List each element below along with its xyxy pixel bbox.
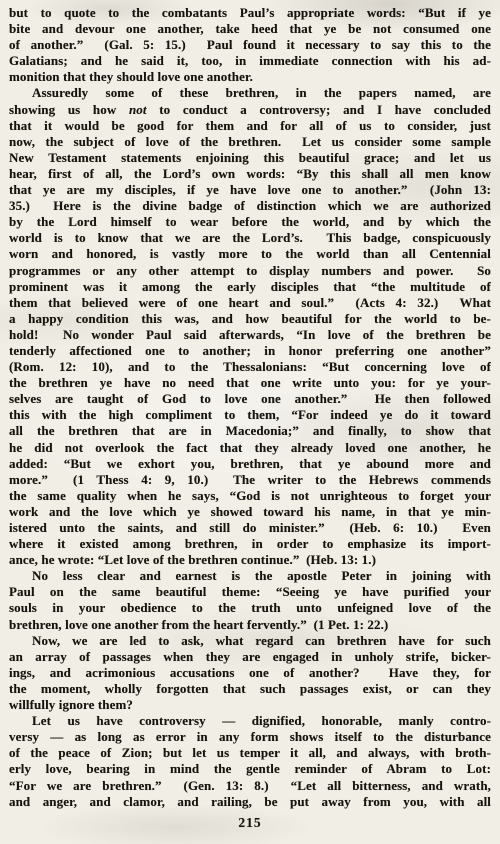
paragraph: but to quote to the combatants Paul’s ap… — [9, 5, 491, 85]
text-line: and anger, and clamor, and railing, be p… — [9, 794, 491, 810]
text-line: programmes or any other attempt to displ… — [9, 263, 491, 279]
text-line: ance, he wrote: “Let love of the brethre… — [9, 552, 491, 568]
text-line: the same quality when he says, “God is n… — [9, 488, 491, 504]
text-line: but to quote to the combatants Paul’s ap… — [9, 5, 491, 21]
text-line: No less clear and earnest is the apostle… — [9, 568, 491, 584]
text-line: an array of passages when they are engag… — [9, 649, 491, 665]
text-line: of the peace of Zion; but let us temper … — [9, 745, 491, 761]
text-line: Paul on the same beautiful theme: “Seein… — [9, 584, 491, 600]
text-line: willfully ignore them? — [9, 697, 491, 713]
text-line: showing us how not to conduct a controve… — [9, 102, 491, 118]
text-line: work and the love which ye showed toward… — [9, 504, 491, 520]
paragraph: Now, we are led to ask, what regard can … — [9, 633, 491, 713]
scanned-page: but to quote to the combatants Paul’s ap… — [0, 0, 500, 844]
paragraph: No less clear and earnest is the apostle… — [9, 568, 491, 632]
text-line: selves are taught of God to love one ano… — [9, 391, 491, 407]
text-line: added: “But we exhort you, brethren, tha… — [9, 456, 491, 472]
paragraph: Assuredly some of these brethren, in the… — [9, 85, 491, 568]
paragraph: Let us have controversy — dignified, hon… — [9, 713, 491, 810]
text-line: 35.) Here is the divine badge of distinc… — [9, 198, 491, 214]
text-line: the moment, wholly forgotten that such p… — [9, 681, 491, 697]
text-line: all the brethren that are in Macedonia;”… — [9, 423, 491, 439]
text-line: he did not overlook the fact that they a… — [9, 440, 491, 456]
text-line: bite and devour one another, take heed t… — [9, 21, 491, 37]
text-line: hold! No wonder Paul said afterwards, “I… — [9, 327, 491, 343]
text-line: prominent was it among the early discipl… — [9, 279, 491, 295]
text-line: this with the high compliment to them, “… — [9, 407, 491, 423]
text-line: ings, and acrimonious accusations one of… — [9, 665, 491, 681]
text-line: of another.” (Gal. 5: 15.) Paul found it… — [9, 37, 491, 53]
page-text: but to quote to the combatants Paul’s ap… — [9, 5, 491, 810]
text-line: erly love, bearing in mind the gentle re… — [9, 761, 491, 777]
text-line: versy — as long as error in any form sho… — [9, 729, 491, 745]
text-line: “For we are brethren.” (Gen. 13: 8.) “Le… — [9, 778, 491, 794]
text-line: that it would be good for them and for a… — [9, 118, 491, 134]
text-line: world is to know that we are the Lord’s.… — [9, 230, 491, 246]
text-line: where it existed among brethren, in orde… — [9, 536, 491, 552]
text-line: Now, we are led to ask, what regard can … — [9, 633, 491, 649]
text-line: New Testament statements enjoining this … — [9, 150, 491, 166]
text-line: Let us have controversy — dignified, hon… — [9, 713, 491, 729]
text-line: (Rom. 12: 10), and to the Thessalonians:… — [9, 359, 491, 375]
text-line: that ye are my disciples, if ye have lov… — [9, 182, 491, 198]
text-line: hear, first of all, the Lord’s own words… — [9, 166, 491, 182]
text-line: by the Lord himself to wear before the w… — [9, 214, 491, 230]
text-line: Galatians; and he said it, too, in immed… — [9, 53, 491, 69]
text-line: brethren, love one another from the hear… — [9, 617, 491, 633]
text-line: worn and honored, is vastly more to the … — [9, 246, 491, 262]
text-line: more.” (1 Thess 4: 9, 10.) The writer to… — [9, 472, 491, 488]
text-line: tenderly affectioned one to another; in … — [9, 343, 491, 359]
text-line: now, the subject of love of the brethren… — [9, 134, 491, 150]
text-line: Assuredly some of these brethren, in the… — [9, 85, 491, 101]
text-line: souls in your obedience to the truth unt… — [9, 600, 491, 616]
page-number: 215 — [0, 815, 500, 831]
text-line: a happy condition this was, and how beau… — [9, 311, 491, 327]
text-line: the brethren ye have no need that one wr… — [9, 375, 491, 391]
text-line: istered unto the saints, and still do mi… — [9, 520, 491, 536]
text-line: them that believed were of one heart and… — [9, 295, 491, 311]
text-line: monition that they should love one anoth… — [9, 69, 491, 85]
